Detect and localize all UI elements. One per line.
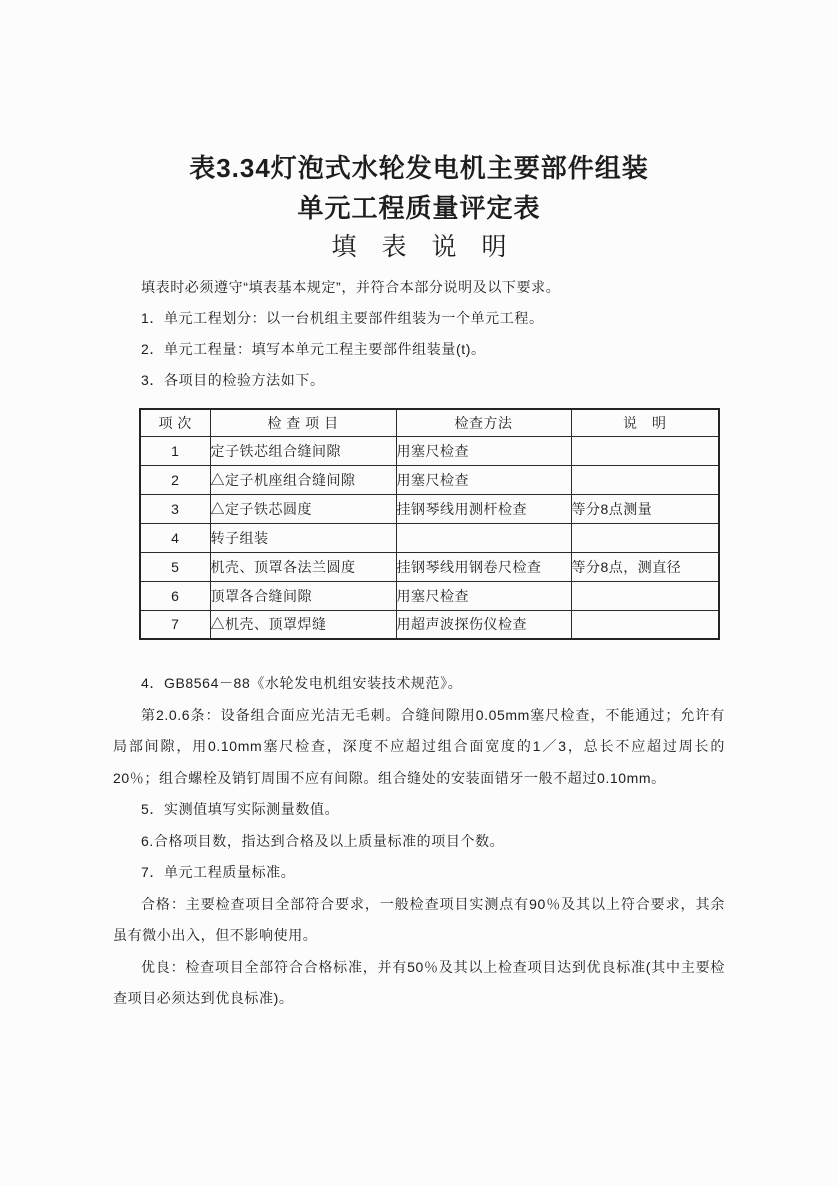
cell-item: △定子铁芯圆度 [210,494,396,523]
cell-no: 5 [140,552,210,581]
cell-item: 顶罩各合缝间隙 [210,581,396,610]
intro-item-2: 2．单元工程量：填写本单元工程主要部件组装量(t)。 [113,334,725,365]
cell-note [571,581,719,610]
cell-no: 2 [140,465,210,494]
cell-method: 用超声波探伤仪检查 [396,610,571,639]
document-content: 表3.34灯泡式水轮发电机主要部件组装 单元工程质量评定表 填 表 说 明 填表… [0,0,838,1015]
table-row: 2 △定子机座组合缝间隙 用塞尺检查 [140,465,719,494]
note-item-6: 6.合格项目数，指达到合格及以上质量标准的项目个数。 [113,826,725,858]
cell-note [571,523,719,552]
cell-method: 用塞尺检查 [396,581,571,610]
note-pass-standard: 合格：主要检查项目全部符合要求，一般检查项目实测点有90％及其以上符合要求，其余… [113,889,725,952]
header-note: 说 明 [571,409,719,436]
cell-note [571,436,719,465]
intro-lead-paragraph: 填表时必须遵守“填表基本规定”，并符合本部分说明及以下要求。 [113,272,725,303]
cell-note [571,465,719,494]
cell-note: 等分8点测量 [571,494,719,523]
table-row: 7 △机壳、顶罩焊缝 用超声波探伤仪检查 [140,610,719,639]
cell-method: 挂钢琴线用钢卷尺检查 [396,552,571,581]
cell-no: 4 [140,523,210,552]
notes-section: 4．GB8564－88《水轮发电机组安装技术规范》。 第2.0.6条：设备组合面… [113,668,725,1015]
inspection-methods-table: 项 次 检 查 项 目 检查方法 说 明 1 定子铁芯组合缝间隙 用塞尺检查 2 [139,408,720,640]
cell-no: 1 [140,436,210,465]
cell-no: 7 [140,610,210,639]
cell-item: 机壳、顶罩各法兰圆度 [210,552,396,581]
cell-method: 用塞尺检查 [396,465,571,494]
cell-note [571,610,719,639]
cell-item: 转子组装 [210,523,396,552]
cell-item: △机壳、顶罩焊缝 [210,610,396,639]
intro-section: 填表时必须遵守“填表基本规定”，并符合本部分说明及以下要求。 1．单元工程划分：… [113,272,725,396]
header-check-method: 检查方法 [396,409,571,436]
header-item-no: 项 次 [140,409,210,436]
table-row: 3 △定子铁芯圆度 挂钢琴线用测杆检查 等分8点测量 [140,494,719,523]
table-row: 4 转子组装 [140,523,719,552]
cell-method: 用塞尺检查 [396,436,571,465]
note-item-7: 7．单元工程质量标准。 [113,857,725,889]
header-check-item: 检 查 项 目 [210,409,396,436]
table-row: 5 机壳、顶罩各法兰圆度 挂钢琴线用钢卷尺检查 等分8点，测直径 [140,552,719,581]
note-clause-206: 第2.0.6条：设备组合面应光洁无毛刺。合缝间隙用0.05mm塞尺检查，不能通过… [113,700,725,795]
cell-note: 等分8点，测直径 [571,552,719,581]
cell-item: 定子铁芯组合缝间隙 [210,436,396,465]
note-item-5: 5．实测值填写实际测量数值。 [113,794,725,826]
cell-no: 3 [140,494,210,523]
doc-title-line-1: 表3.34灯泡式水轮发电机主要部件组装 [113,148,725,188]
note-item-4: 4．GB8564－88《水轮发电机组安装技术规范》。 [113,668,725,700]
form-instructions-heading: 填 表 说 明 [113,228,725,266]
table-header-row: 项 次 检 查 项 目 检查方法 说 明 [140,409,719,436]
intro-item-1: 1．单元工程划分：以一台机组主要部件组装为一个单元工程。 [113,303,725,334]
cell-method: 挂钢琴线用测杆检查 [396,494,571,523]
cell-no: 6 [140,581,210,610]
note-excellent-standard: 优良：检查项目全部符合合格标准，并有50％及其以上检查项目达到优良标准(其中主要… [113,952,725,1015]
document-page: 表3.34灯泡式水轮发电机主要部件组装 单元工程质量评定表 填 表 说 明 填表… [0,0,838,1186]
cell-item: △定子机座组合缝间隙 [210,465,396,494]
doc-title-line-2: 单元工程质量评定表 [113,188,725,228]
title-block: 表3.34灯泡式水轮发电机主要部件组装 单元工程质量评定表 填 表 说 明 [113,148,725,266]
table-row: 6 顶罩各合缝间隙 用塞尺检查 [140,581,719,610]
table-row: 1 定子铁芯组合缝间隙 用塞尺检查 [140,436,719,465]
cell-method [396,523,571,552]
inspection-table-wrapper: 项 次 检 查 项 目 检查方法 说 明 1 定子铁芯组合缝间隙 用塞尺检查 2 [139,408,725,640]
intro-item-3: 3．各项目的检验方法如下。 [113,365,725,396]
